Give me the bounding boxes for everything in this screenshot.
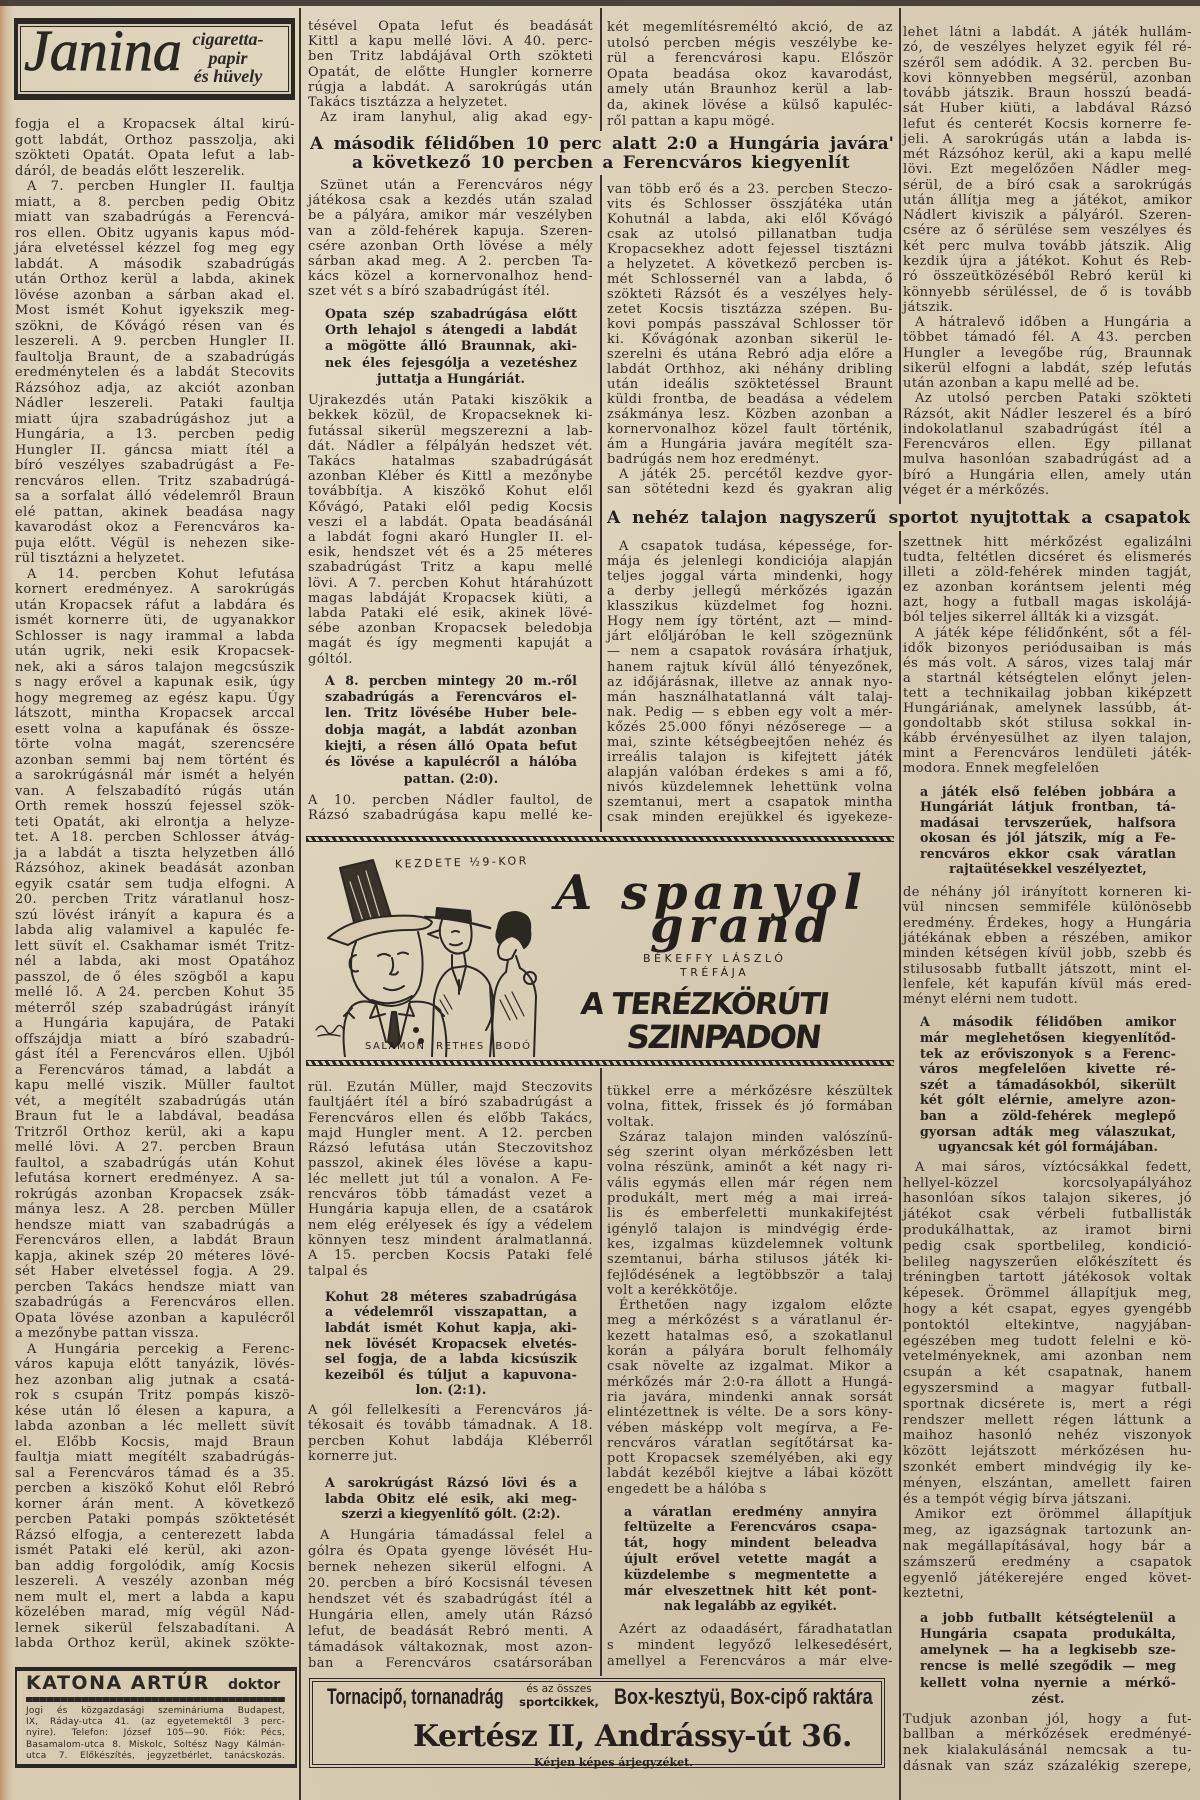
text-line: s nagy erővel a kapunak esik, úgy [15,675,295,691]
text-line: gólra és Opata gyenge lövését Hu- [308,1544,593,1560]
text-line: és lövése a kapulécről a hálóba [325,754,577,770]
text-line: sát Huber kiüti, a labdával Rázsó [903,101,1192,116]
ad-text-line: IX, Ráday-utca 41. (az egyetemektől 3 pe… [26,1717,285,1728]
article-paragraph: tükkel erre a mérkőzésre készültekvolna,… [607,1084,893,1130]
text-line: rajtaütésekkel veszélyeztet, [920,861,1176,877]
text-line: a Hungária kapujára, de Pataki [15,1016,295,1032]
text-line: amellyel a Ferencváros a már elve- [607,1654,893,1670]
text-line: Ferencváros ellen, a labdát Braun [15,1233,295,1249]
text-line: után állítja meg a játékot, amikor [903,193,1192,208]
text-line: játékának ebben a részében, amikor [903,931,1192,946]
article-paragraph: Érthetően nagy izgalom előztemeg a mérkő… [607,1298,893,1497]
text-line: — nem a csapatok rovására írhatjuk, [607,644,893,659]
text-line: faultja miatt megítélt szabadrúgás- [15,1450,295,1466]
text-line: kács közel a kornervonalhoz hend- [308,269,593,284]
text-line: Kohutnál a labda, aki elől Kővágó [607,212,893,227]
text-line: jeli. A sarokrúgás után a labda is- [903,132,1192,147]
text-line: ból teljes sikerrel állták ki a vizsgát. [903,610,1192,625]
product-list-small: és az összes sportcikkek, [507,1683,611,1709]
text-line: Száraz talajon minden valószínű- [607,1130,893,1145]
text-line: ményt elérni nem tudott. [903,992,1192,1007]
text-line: hogy a két csapat, egyes gyengébb [903,1302,1192,1318]
article-column-4-bottom: szettnek hitt mérkőzést egalizálnitudta,… [903,535,1192,1774]
figure-boater-hat-man [425,908,494,1057]
top-rule [0,0,1200,6]
text-line: lon. (2:1). [325,1382,577,1398]
text-line: Rázsó elfogja, a centerezett labda [15,1528,295,1544]
text-line: könnyen tesz mindent áralmatlanná. [308,1233,593,1248]
article-paragraph: A Hungária támadással felel agólra és Op… [308,1528,593,1672]
text-line: Schlosser is nagy irammal a labda [15,629,295,645]
text-line: majd Hungler ment. A 12. percben [308,1126,593,1141]
text-line: len. Tritz lövésébe Huber bele- [325,705,577,721]
text-line: nek, aki a sáros talajon megcsúszik [15,660,295,676]
tagline-line: papir [170,49,286,68]
text-line: Takács hatalmas szabadrúgását [308,454,593,469]
text-line: labdát ismét Kohut kapja, aki- [325,1320,577,1336]
text-line: Az iram lanyhul, alig akad egy- [308,110,593,125]
text-line: idők bizonyos periódusaiban is más [903,641,1192,656]
text-line: szét a támadásokból, sikerült [920,1077,1176,1093]
text-line: mulva hasonlóan szabadrúgást ad a [903,452,1192,467]
text-line: bernek nehezen sikerül elfogni. A [308,1560,593,1576]
text-line: mán használhatatlanná vált talaj- [607,690,893,705]
text-line: az időjárásnak, illetve az annak nyo- [607,675,893,690]
text-line: sportnak dicsérete is, mert a régi [903,1397,1192,1413]
text-line: elé pattan, akinek beadása nagy [15,505,295,521]
text-line: rül tisztázni a helyzetet. [15,551,295,567]
text-line: dobja magát, a labdát azonban [325,722,577,738]
play-author: BÉKEFFY LÁSZLÓ [643,952,786,965]
advertisement-body: Jogi és közgazdasági szemináriuma Budape… [26,1706,285,1762]
text-line: kezett hatalmas eső, a szokatlanul [607,1329,893,1344]
text-line: labda Obitz elé esik, aki meg- [325,1491,577,1507]
article-paragraph: Az utolsó percben Pataki szöktetiRázsót,… [903,391,1192,498]
text-line: kavarodást okoz a Ferencváros ka- [15,520,295,536]
text-line: korner árán ment. A következő [15,1497,295,1513]
text-line: egyszersmind a magyar futball- [903,1381,1192,1397]
text-line: korán a pályára borult felhomály [607,1344,893,1359]
text-line: Kohut 28 méteres szabadrúgása [325,1289,577,1305]
article-column-3-upper: van több erő és a 23. percben Steczo-vit… [607,182,893,497]
text-line: játékosa csak a kezdés után szalad [308,193,593,208]
text-line: után Kropacsek ráfut a labdára és [15,598,295,614]
text-line: okosan és jól játszik, míg a Fe- [920,830,1176,846]
article-paragraph: rül. Ezután Müller, majd Steczovitsfault… [308,1080,593,1279]
text-line: hez azonban alig jutnak a csatá- [15,1373,295,1389]
katona-advertisement: KATONA ARTÚR doktor Jogi és közgazdasági… [15,1667,297,1768]
text-line: pott Kropacsek személyében, aki egy [607,1451,893,1466]
headline-line: A második félidőben 10 perc alatt 2:0 a … [310,135,894,154]
text-line: után azonban a kapu mellé ad be. [903,376,1192,391]
ad-text-line: Basamalom-utca 8. Miskolc, Soltész Nagy … [26,1740,285,1751]
text-line: keztetni, [903,1586,1192,1602]
text-line: Hungler II. gáncsa miatt ítél a [15,443,295,459]
text-line: Rázsót, akit Nádler leszerel és a bíró [903,407,1192,422]
text-line: tréningben tartott játékosok voltak [903,1270,1192,1286]
text-line: Amikor ezt örömmel állapítjuk [903,1507,1192,1523]
text-line: nek éles fejesgólja a vezetéshez [325,355,577,371]
text-line: ismét Pataki elé kerül, aki azon- [15,1543,295,1559]
text-line: labda Orthoz kerül, akinek szökte- [15,1636,295,1652]
text-line: csak az utolsó pillanatban tudja [607,227,893,242]
text-line: Tudjuk azonban jól, hogy a fut- [903,1712,1192,1728]
article-paragraph: Az iram lanyhul, alig akad egy- [308,110,593,125]
text-line: labdát Orthhoz, aki néhány dribling [607,362,893,377]
text-line: kább érvényesülhet az ilyen talajon, [903,731,1192,746]
text-line: nem mult el, mert a labda a kapu [15,1590,295,1606]
text-line: offszájdja miatt a bíró szabadrú- [15,1032,295,1048]
small-text-line: sportcikkek, [507,1696,611,1709]
text-line: léc mellett jut túl a vonalon. A Fe- [308,1172,593,1187]
article-column-2-top: tésével Opata lefut és beadásátKittl a k… [308,19,593,125]
text-line: vits és Schlosser összjátéka után [607,197,893,212]
text-line: Opata beadása okoz kavarodást, [607,67,893,83]
text-line: A 15. percben Kocsis Pataki felé [308,1248,593,1263]
text-line: gyorsan adták meg válaszukat, [920,1124,1176,1140]
text-line: futással sikerül megszerezni a lab- [308,424,593,439]
text-line: meg a mérkőzést s a váratlanul ér- [607,1313,893,1328]
advertiser-title: doktor [228,1675,280,1695]
text-line: kezeiből és túljut a kapuvona- [325,1367,577,1383]
article-column-3-bottom: tükkel erre a mérkőzésre készültekvolna,… [607,1084,893,1670]
text-line: küzdelembe s megmentette a [624,1567,877,1583]
text-line: Kővágó, Pataki elől pedig Kocsis [308,500,593,515]
text-line: ros ellen. Obitz ugyanis kapus mód- [15,226,295,242]
text-line: a mezőnybe pattan vissza. [15,1326,295,1342]
text-line: gondoltabb skót stilusa sokkal in- [903,716,1192,731]
text-line: magas labdáját Kropacsek kiüti, a [308,591,593,606]
text-line: tudta, feltétlen dicséret és elismerés [903,550,1192,565]
text-line: nak megállapításával, hogy bár a [903,1539,1192,1555]
text-line: vében másképp volt megírva, a Fe- [607,1421,893,1436]
text-line: A csapatok tudása, képessége, for- [607,539,893,554]
text-line: faultjáért ítél a bíró szabadrúgást a [308,1095,593,1110]
text-line: újult erővel vetette magát a [624,1551,877,1567]
text-line: két megemlítésreméltó akció, de az [607,20,893,36]
ad-text-line: Jogi és közgazdasági szemináriuma Budape… [26,1706,285,1717]
text-line: a helyzetet. A következő percben is- [607,257,893,272]
text-line: szabadrúgást Tritz a kapu mellé [308,560,593,575]
text-line: tet. A 18. percben Schlosser átvág- [15,830,295,846]
text-line: ség szerint olyan mérkőzésben lett [607,1145,893,1160]
article-paragraph: A csapatok tudása, képessége, for-mája é… [607,539,893,825]
text-line: a mögötte álló Braunnak, aki- [325,338,577,354]
text-line: szabadrúgás a Ferencváros el- [325,689,577,705]
text-line: Hungária csapata produkálta, [920,1626,1176,1642]
text-line: 20. percben a bíró Kocsisnál tévesen [308,1576,593,1592]
cast-names: SALAMON RETHES BODÓ [365,1041,532,1053]
text-line: szet vét s a bíró szabadrúgást ítél. [308,284,593,299]
bold-lead-paragraph: a váratlan eredmény annyirafeltüzelte a … [624,1504,877,1615]
tagline-line: cigaretta- [170,30,286,49]
text-line: ugyancsak két gól formájában. [920,1139,1176,1155]
text-line: Hungáriát látjuk frontban, tá- [920,799,1176,815]
text-line: dásnak van száz százalékig szerepe, [903,1759,1192,1775]
text-line: Braun fut le a labdával, beadása [15,1109,295,1125]
text-line: lövi. A 7. percben Kohut htárahúzott [308,576,593,591]
text-line: sa a sorfalat álló védelemről Braun [15,489,295,505]
text-line: nél a labda, aki most Opatához [15,954,295,970]
text-line: tükkel erre a mérkőzésre készültek [607,1084,893,1099]
headline-second-half: A második félidőben 10 perc alatt 2:0 a … [310,135,894,173]
text-line: volna, fittek, frissek és jó formában [607,1099,893,1114]
text-line: puja előtt. Végül is nehezen sike- [15,536,295,552]
text-line: között lejátszott mérkőzésen hu- [903,1444,1192,1460]
text-line: Ujrakezdés után Pataki kiszökik a [308,393,593,408]
text-line: lefut és centerét Kocsis kornerre fe- [903,117,1192,132]
text-line: sét Haber elvetéssel fogja. A 29. [15,1264,295,1280]
text-line: méterről szép szabadrúgást irányít [15,1001,295,1017]
text-line: rencváros váratlan segítőtársat ka- [607,1436,893,1451]
article-column-4-top: lehet látni a labdát. A játék hullám-zó,… [903,25,1192,498]
article-paragraph: Azért az odaadásért, fáradhatatlans mind… [607,1622,893,1670]
text-line: klasszikus küzdelmet fog hozni. [607,599,893,614]
bold-lead-paragraph: A sarokrúgást Rázsó lövi és alabda Obitz… [325,1475,577,1522]
text-line: miatt, a 8. percben pedig Obitz [15,195,295,211]
product-list-left: Tornacipő, tornanadrág [327,1684,504,1710]
text-line: ki. Kővágónak azonban sikerül le- [607,332,893,347]
text-line: rencváros ekkor csak váratlan [920,846,1176,862]
text-line: amely után Braunhoz kerül a lab- [607,82,893,98]
text-line: A sarokrúgást Rázsó lövi és a [325,1475,577,1491]
bold-lead-paragraph: A 8. percben mintegy 20 m.-rőlszabadrúgá… [325,673,577,787]
text-line: hendsze miatt van szabadrúgás a [15,1218,295,1234]
venue-line: SZINPADON [625,1020,822,1054]
bold-lead-paragraph: a jobb futballt kétségtelenül aHungária … [920,1610,1176,1708]
text-line: A játék 25. percétől kezdve gyor- [607,467,893,482]
text-line: percben a kiszökő Kohut elől Rebró [15,1481,295,1497]
column-rule [899,531,901,1800]
play-genre: TRÉFÁJA [680,966,749,979]
text-line: elintézettnek is vélte. De a sors köny- [607,1405,893,1420]
rope-border-bottom [306,1060,894,1066]
text-line: tett a technikailag jobban kiképzett [903,686,1192,701]
text-line: talpal és [308,1264,593,1279]
text-line: mája és jelenlegi kondiciója alapján [607,554,893,569]
text-line: produkálhattak, az iramot birni [903,1223,1192,1239]
text-line: Tritzről Orthoz kerül, aki a kapu [15,1125,295,1141]
text-line: mint a Ferencváros lendületi játék- [903,746,1192,761]
text-line: Hungáriának, amelynek lassúbb, át- [903,701,1192,716]
text-line: csére azonban Orth lövése a mély [308,239,593,254]
text-line: játékot csak vérbeli futballisták [903,1207,1192,1223]
catalog-note: Kérjen képes árjegyzéket. [534,1756,693,1769]
text-line: egyenlő játékerejére enged követ- [903,1571,1192,1587]
figure-top-hat-man [328,860,446,1057]
text-line: gott labdát, Orthoz passzolja, aki [15,133,295,149]
text-line: véget ér a mérkőzés. [903,483,1192,498]
text-line: törte volna magát, szerencsére [15,737,295,753]
text-line: azonban Kléber és Kittl a mezőnybe [308,469,593,484]
text-line: rencse is mellé szegődik — meg [920,1658,1176,1674]
text-line: tek az erőviszonyok s a Ferenc- [920,1046,1176,1062]
text-line: eredmény. Érdekes, hogy a Hungária [903,916,1192,931]
text-line: ez azonban korántsem jelenti még [903,580,1192,595]
text-line: Az utolsó percben Pataki szökteti [903,391,1192,406]
text-line: szökni, de Kővágó résen van és [15,319,295,335]
text-line: ismét kornerre üti, de ugyanakkor [15,613,295,629]
text-line: teti Opatát, aki elrontja a helyze- [15,815,295,831]
text-line: ről pattan a kapu mögé. [607,114,893,130]
headline-heavy-ground: A nehéz talajon nagyszerű sportot nyujto… [607,509,1190,528]
text-line: rül a ferencvárosi kapu. Először [607,51,893,67]
cartoon-illustration [311,847,551,1057]
text-line: Rázsóhoz, akinek beadását azonban [15,861,295,877]
text-line: vális egymás ellen már régen nem [607,1176,893,1191]
text-line: leszereli. A 9. percben Hungler II. [15,334,295,350]
text-line: szökteti Rázsót és a veszélyes hely- [607,287,893,302]
text-line: feltüzelte a Ferencváros csapa- [624,1519,877,1535]
text-line: illeti a zöld-fehérek minden tagját, [903,565,1192,580]
text-line: modora. Ennek megfelelően [903,761,1192,776]
article-column-2-middle: Szünet után a Ferencváros négyjátékosa c… [308,178,593,823]
text-line: lis és emberfeletti munkakifejtést [607,1206,893,1221]
text-line: A 14. percben Kohut lefutása [15,567,295,583]
article-column-3-top: két megemlítésreméltó akció, de azutolsó… [607,20,893,129]
text-line: produkált, mert még a mai irreá- [607,1191,893,1206]
text-line: sérül, de a bíró csak a sarokrúgás [903,178,1192,193]
text-line: hasonlóan síkos talajon sikeres, jó [903,1191,1192,1207]
text-line: Ferencváros ellen és előbb Takács, [308,1111,593,1126]
text-line: látszott, mintha Kropacsek arccal [15,706,295,722]
text-line: csak növelte az izgalmat. Mikor a [607,1359,893,1374]
text-line: Ferencváros ellen. Egy pillanat [903,437,1192,452]
text-line: Opatát, de előtte Hungler kornerre [308,65,593,80]
text-line: azonban semmi baj nem történt és [15,753,295,769]
text-line: A gól fellelkesíti a Ferencváros já- [308,1403,593,1418]
text-line: lehet látni a labdát. A játék hullám- [903,25,1192,40]
text-line: a startnál kétségtelen előnyt jelen- [903,671,1192,686]
text-line: lefut, de beadását Rebró menti. A [308,1624,593,1640]
text-line: mét Schlossernél van a labda, ő [607,272,893,287]
text-line: Érthetően nagy izgalom előzte [607,1298,893,1313]
text-line: szabadrúgás a Ferencváros ellen. [15,1295,295,1311]
article-paragraph: A 7. percben Hungler II. faultjamiatt, a… [15,179,295,567]
text-line: szonkét embert mindvégig ily ke- [903,1460,1192,1476]
text-line: kapu mellé viszik. Müller faultot [15,1078,295,1094]
article-paragraph: A 10. percben Nádler faultol, deRázsó sz… [308,793,593,823]
text-line: rokrúgás azonban Kropacsek zsák- [15,1187,295,1203]
text-line: minden kétségen kívül jobb, szebb és [903,946,1192,961]
text-line: magát és így megmenti kapuját a [308,636,593,651]
text-line: van a zöld-fehérek kapuja. Szeren- [308,224,593,239]
text-line: képesek. Örömmel állapítjuk meg, [903,1286,1192,1302]
text-line: rúgja a labdát. A sarokrúgás után [308,80,593,95]
text-line: egyik csatár sem tudja elfogni. A [15,877,295,893]
bold-lead-paragraph: A második félidőben amikormár meglehetős… [920,1014,1176,1154]
text-line: fogja el a Kropacsek által kirú- [15,117,295,133]
text-line: s mindent legyőző lelkesedésért, [607,1638,893,1654]
text-line: küldi frontba, de beadása a védelem [607,392,893,407]
text-line: labda Pataki elé esik, akinek lövé- [308,606,593,621]
text-line: tésével Opata lefut és beadását [308,19,593,34]
text-line: kellett volna nyernie a mérkő- [920,1675,1176,1691]
text-line: mai, szinte kétségbeejtően nehéz és [607,735,893,750]
text-line: mellé lő. A 24. percben Kohut 35 [15,985,295,1001]
rope-border-top [306,836,894,842]
article-paragraph: Tudjuk azonban jól, hogy a fut-ballban a… [903,1712,1192,1775]
article-paragraph: A mai sáros, víztócsákkal fedett,hellyel… [903,1160,1192,1508]
text-line: pattan. (2:0). [325,771,577,787]
text-line: volt a kerékkötője. [607,1283,893,1298]
text-line: Rázsó szabadrúgása kapu mellé ke- [308,808,593,823]
text-line: sébe azonban Kropacsek beledobja [308,621,593,636]
text-line: teljes joggal várta mindenki, hogy [607,569,893,584]
text-line: tovább játszik. Braun hosszú beadá- [903,86,1192,101]
text-line: amelynek — ha a legkisebb sze- [920,1642,1176,1658]
text-line: szettnek hitt mérkőzést egalizálni [903,535,1192,550]
text-line: nek kialakulásánál nemcsak a tu- [903,1743,1192,1759]
text-line: vül nincsen semmiféle különösebb [903,900,1192,915]
text-line: már meglehetősen kiegyenlítőd- [920,1030,1176,1046]
artist-signature [316,1025,344,1036]
text-line: mellé lövi. A 27. percben Braun [15,1140,295,1156]
text-line: A 7. percben Hungler II. faultja [15,179,295,195]
text-line: csére az ő sérülése sem veszélyes és [903,223,1192,238]
text-line: labdát. A második szabadrúgás [15,257,295,273]
text-line: után ideális szöktetéssel Braunt [607,377,893,392]
text-line: labdát kezéből kiejtve a lábai között [607,1466,893,1481]
article-paragraph: szettnek hitt mérkőzést egalizálnitudta,… [903,535,1192,626]
text-line: el. Előbb Kocsis, majd Braun [15,1435,295,1451]
text-line: van. A felszabadító rúgás után [15,784,295,800]
newspaper-page: Janina cigaretta- papir és hüvely A máso… [0,0,1200,1800]
decorative-bar [26,1697,285,1702]
article-paragraph: Száraz talajon minden valószínű-ség szer… [607,1130,893,1298]
venue-line: A TERÉZKÖRÚTI [579,989,830,1021]
text-line: lett süvít el. Csakhamar ismét Tritz- [15,939,295,955]
text-line: juttatja a Hungáriát. [325,371,577,387]
advertiser-name: KATONA ARTÚR [26,1673,210,1693]
text-line: Hogy nem így történt, azt — mind- [607,614,893,629]
text-line: széről sem adódik. A 32. percben Bu- [903,56,1192,71]
headline-line: A nehéz talajon nagyszerű sportot nyujto… [607,509,1190,528]
article-paragraph: fogja el a Kropacsek által kirú-gott lab… [15,117,295,179]
text-line: A második félidőben amikor [920,1014,1176,1030]
bold-lead-paragraph: Kohut 28 méteres szabadrúgásaa védelemrő… [325,1289,577,1398]
text-line: szerelni és utána Rebró adja előre a [607,347,893,362]
text-line: nivós küzdelemnek lehettünk volna [607,780,893,795]
text-line: ám a Hungária javára megítélt sza- [607,437,893,452]
article-paragraph: A gól fellelkesíti a Ferencváros já-téko… [308,1403,593,1464]
text-line: kapja, akinek szép 20 méteres lövé- [15,1249,295,1265]
text-line: faultolja Braunt, de a szabadrúgás [15,350,295,366]
text-line: szú lövést irányít a kapura és a [15,908,295,924]
text-line: veszi el a labdát. Opata beadásánál [308,515,593,530]
text-line: be a pályára, amikor már veszélyben [308,208,593,223]
text-line: bíró a Hungária ellen, amely után [903,468,1192,483]
article-column-2-bottom: rül. Ezután Müller, majd Steczovitsfault… [308,1080,593,1672]
text-line: kiejti, a résen álló Opata befut [325,738,577,754]
article-paragraph: A játék 25. percétől kezdve gyor-san söt… [607,467,893,497]
text-line: igénylő talajon is mindvégig érde- [607,1222,893,1237]
text-line: utolsó percben mégis veszélybe ke- [607,36,893,52]
text-line: Nádlert kiviszik a pályáról. Szeren- [903,208,1192,223]
text-line: hogy megremeg az egész kapu. Úgy [15,691,295,707]
product-list-right: Box-kesztyü, Box-cipő raktára [614,1684,873,1710]
text-line: Takács tisztázza a helyzetet. [308,95,593,110]
text-line: lövi. Ezt megelőzően Nádler meg- [903,162,1192,177]
text-line: egészében meg tudott felelni e kö- [903,1334,1192,1350]
article-paragraph: Amikor ezt örömmel állapítjukmeg, az iga… [903,1507,1192,1602]
text-line: már elveszettnek hitt két pont- [624,1583,877,1599]
text-line: A Hungária támadással felel a [308,1528,593,1544]
text-line: többet támadó fél. A 43. percben [903,330,1192,345]
text-line: kezdik újra a játékot. Kohut és Reb- [903,254,1192,269]
theater-advertisement: KEZDETE ½9-KOR A spanyol grand BÉKEFFY L… [301,832,899,1068]
text-line: szerzi a kiegyenlítő gólt. (2:2). [325,1506,577,1522]
